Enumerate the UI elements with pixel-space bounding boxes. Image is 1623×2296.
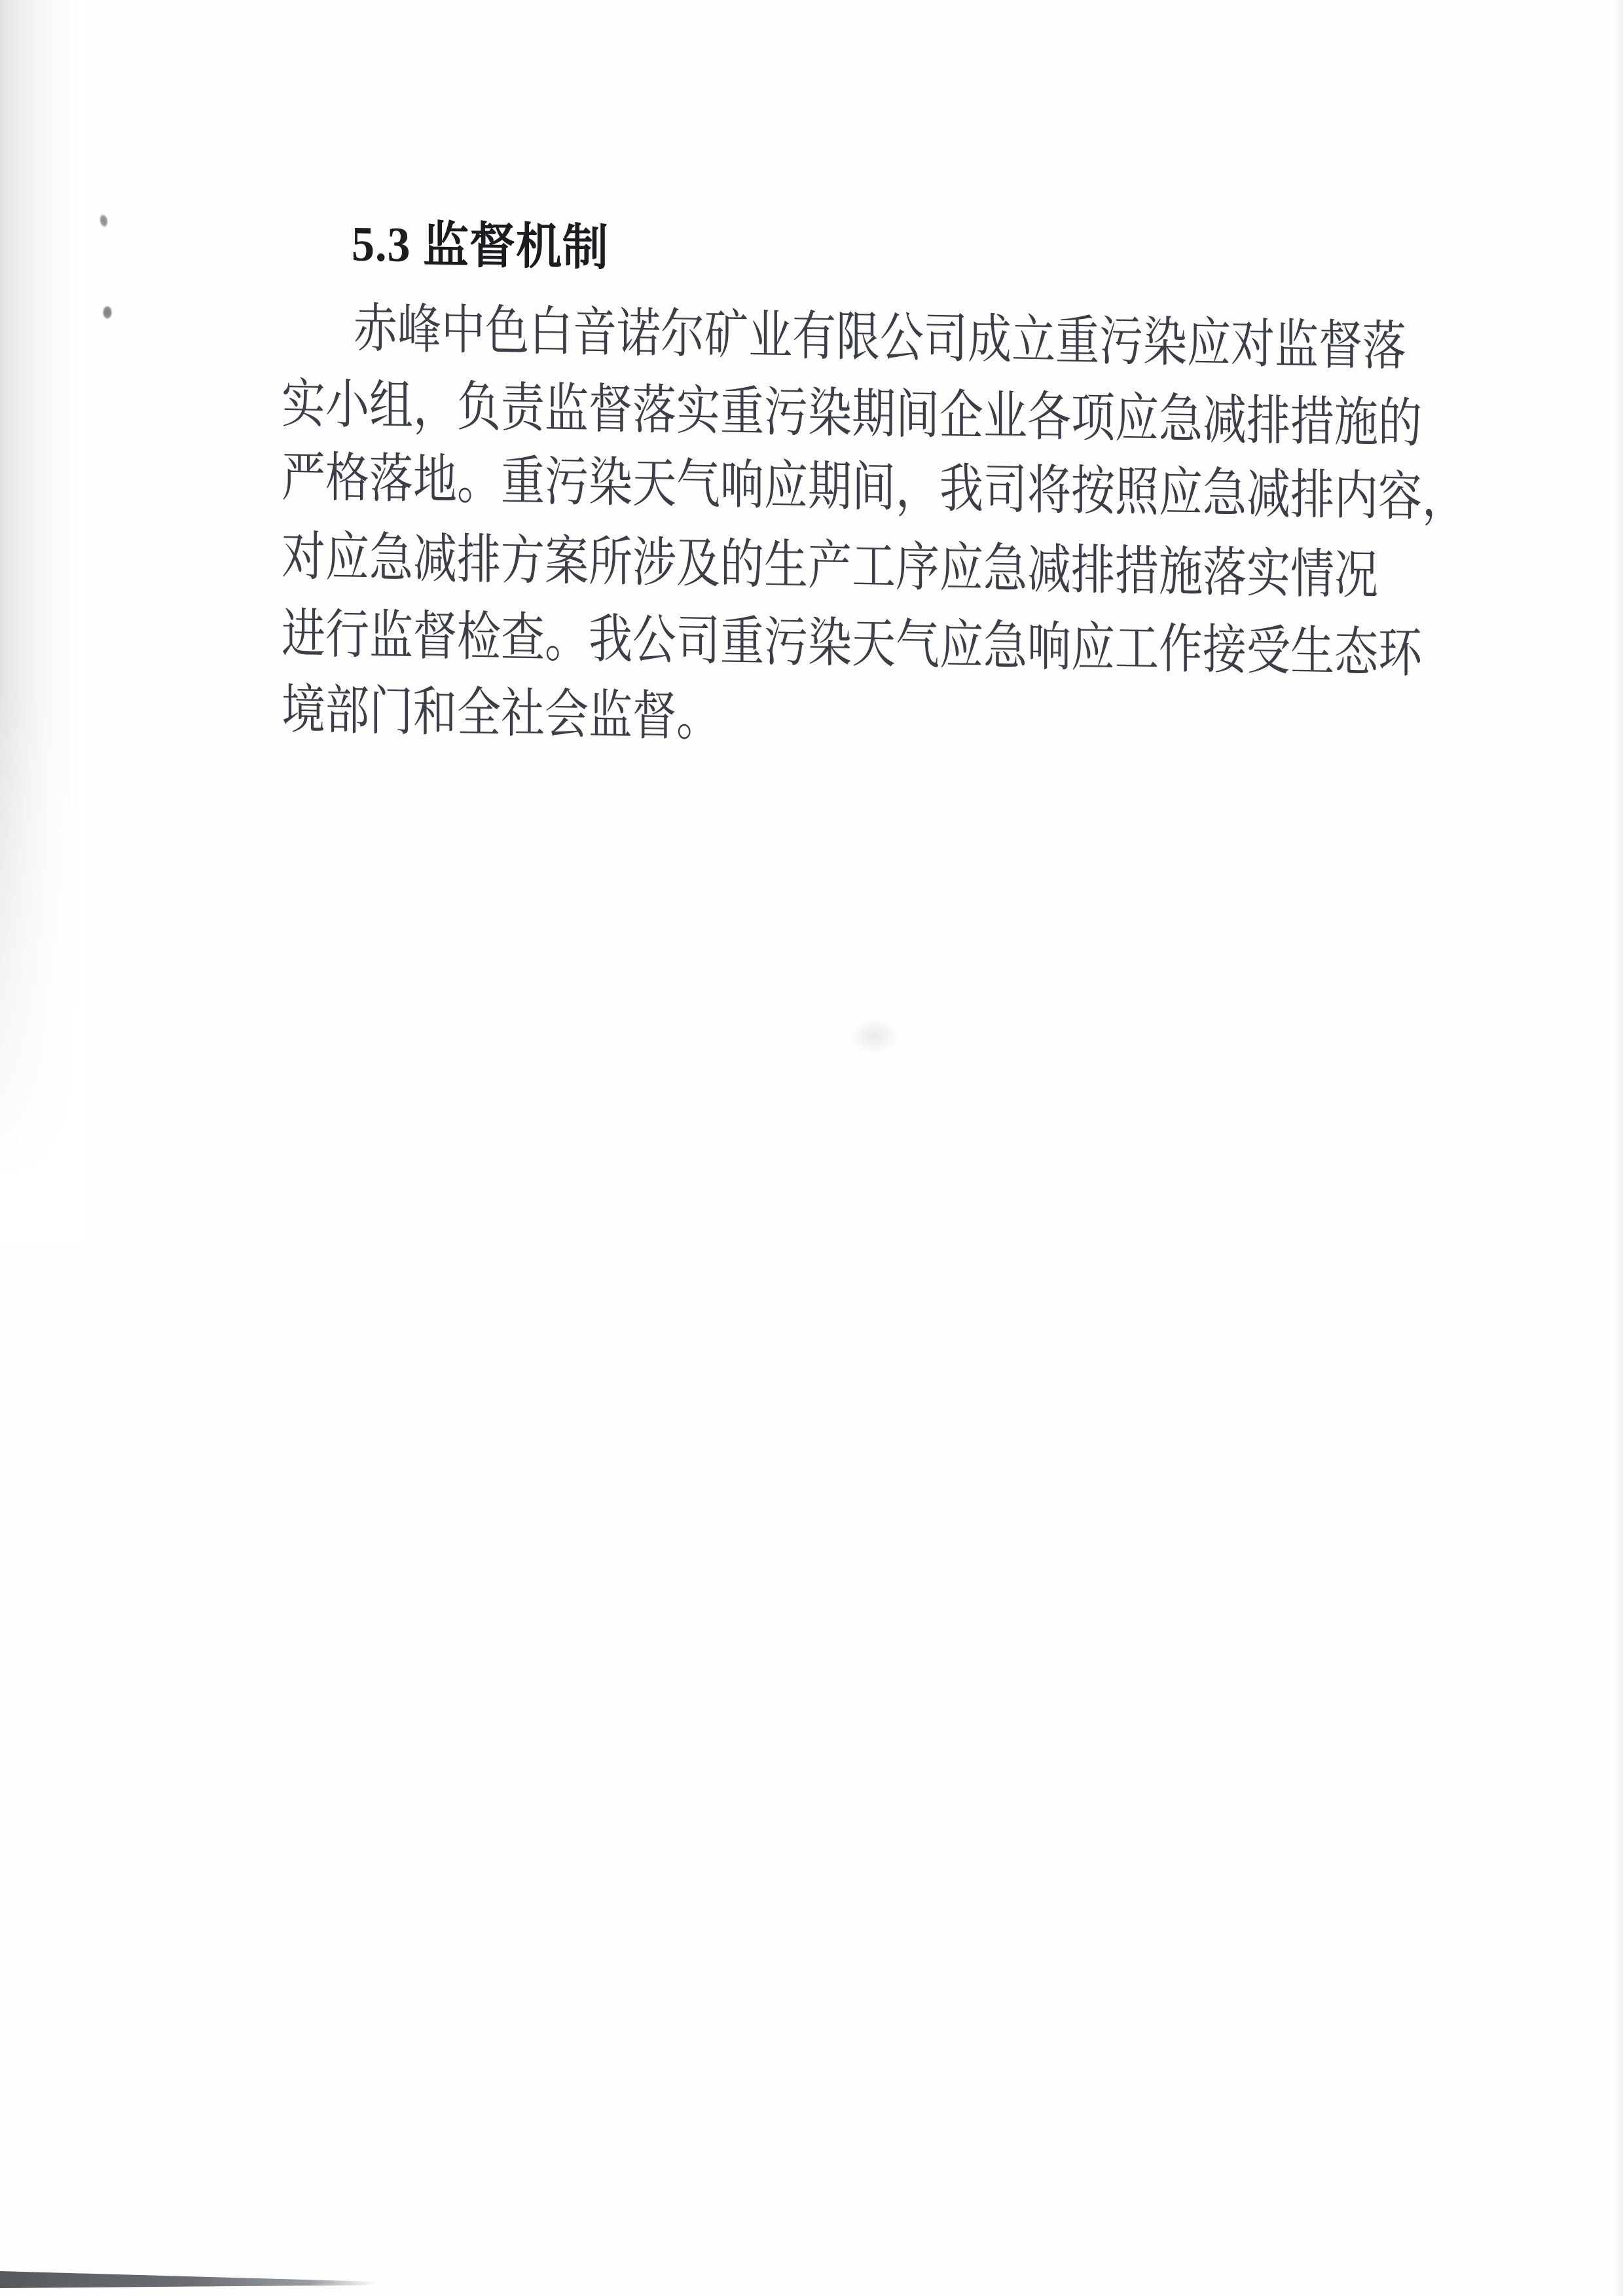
section-heading: 5.3 监督机制 [352,220,609,274]
scan-artifact-smudge [850,1018,899,1054]
paragraph-line: 实小组，负责监督落实重污染期间企业各项应急减排措施的 [282,378,1422,451]
bottom-scanner-edge-streak [0,2271,376,2288]
paragraph-line: 严格落地。重污染天气响应期间，我司将按照应急减排内容， [282,451,1466,525]
paragraph-line: 进行监督检查。我公司重污染天气应急响应工作接受生态环 [282,608,1422,681]
scanned-document-page: 5.3 监督机制 赤峰中色白音诺尔矿业有限公司成立重污染应对监督落 实小组，负责… [0,0,1623,2296]
paragraph-line: 对应急减排方案所涉及的生产工序应急减排措施落实情况 [282,530,1378,603]
scan-artifact-speck-top [98,211,112,229]
document-text-block: 5.3 监督机制 赤峰中色白音诺尔矿业有限公司成立重污染应对监督落 实小组，负责… [282,0,1525,938]
right-edge-scan-seam [1610,0,1623,2296]
scan-artifact-speck-bottom [101,305,113,321]
paragraph-line: 境部门和全社会监督。 [282,684,720,745]
paragraph-line: 赤峰中色白音诺尔矿业有限公司成立重污染应对监督落 [282,301,1406,375]
left-edge-scan-shadow [0,0,85,1244]
